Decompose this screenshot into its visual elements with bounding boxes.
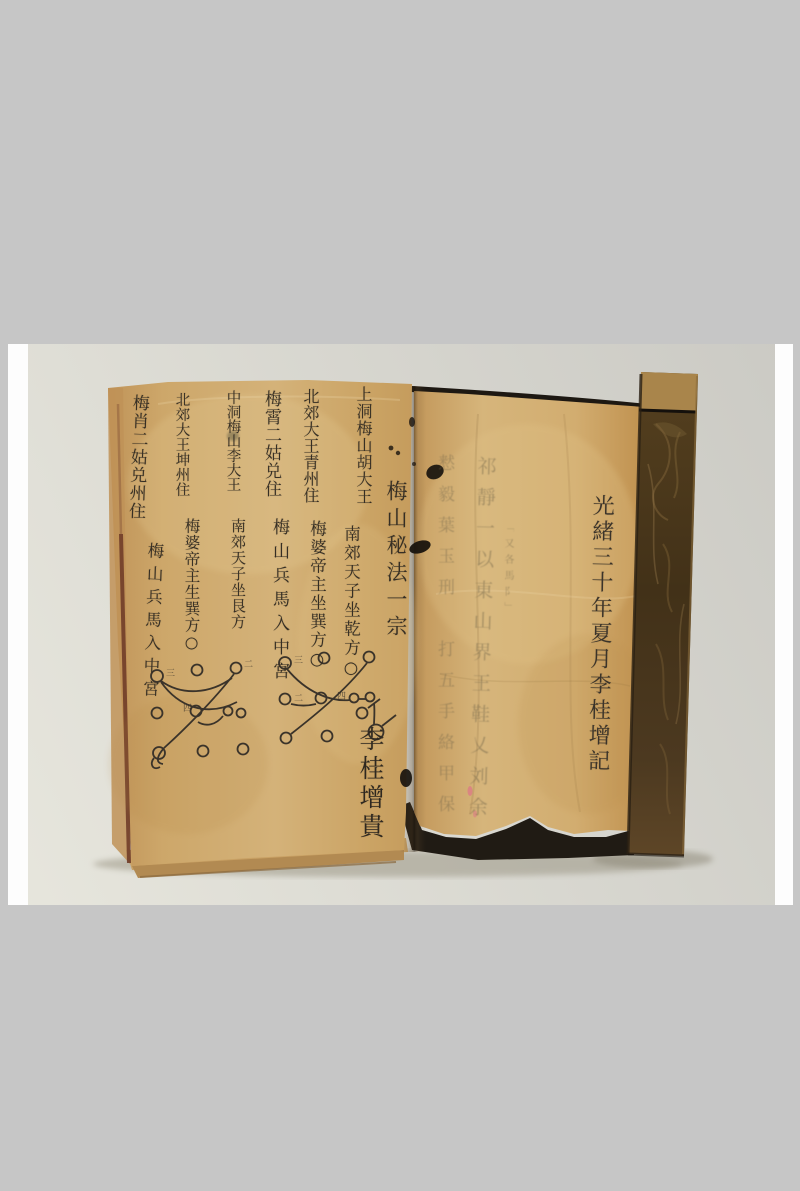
column-1-bottom: 南郊天子坐乾方○ (342, 525, 359, 680)
column-3-bottom: 梅山兵馬入中宮 (270, 518, 287, 686)
column-2-top: 北郊大王青州住 (302, 388, 318, 504)
column-4-top: 中洞梅山李大王 (225, 390, 240, 492)
column-5-top: 北郊大王坤州住 (174, 392, 189, 497)
photo-border-strip-left (8, 344, 28, 905)
date-inscription: 光緒三十年夏月李桂增記 (586, 494, 613, 775)
bleedthrough-column-c: 「又各馬阝」 (502, 522, 512, 618)
diagram-mark-three-left: 三 (166, 670, 175, 679)
clamp-top-block (640, 372, 698, 412)
column-4-bottom: 南郊天子坐艮方 (230, 518, 245, 630)
column-6-top: 梅肖二姑兑州住 (126, 394, 147, 521)
column-2-bottom: 梅婆帝主坐巽方○ (308, 520, 325, 671)
column-1-top: 上洞梅山胡大王 (355, 386, 371, 505)
column-5-bottom: 梅婆帝主生巽方○ (183, 518, 199, 653)
column-3-top: 梅霄二姑兑住 (262, 390, 279, 498)
owner-signature: 李桂增貴 (358, 726, 383, 842)
diagram-mark-four-left: 四 (183, 705, 192, 714)
diagram-mark-two-left: 二 (244, 661, 253, 670)
diagram-mark-three-right: 三 (294, 657, 303, 666)
diagram-mark-two-right: 二 (294, 695, 303, 704)
wooden-clamp (628, 372, 698, 856)
manuscript-photo: 梅山秘法一宗 上洞梅山胡大王 南郊天子坐乾方○ 北郊大王青州住 梅婆帝主坐巽方○… (8, 344, 793, 905)
photo-canvas: 梅山秘法一宗 上洞梅山胡大王 南郊天子坐乾方○ 北郊大王青州住 梅婆帝主坐巽方○… (0, 0, 800, 1191)
bleedthrough-column-b: 慭毅葉玉刑 打五手絡甲保 (435, 454, 452, 826)
left-page-title: 梅山秘法一宗 (385, 480, 406, 642)
diagram-mark-four-right: 四 (337, 693, 346, 702)
photo-border-strip-right (775, 344, 793, 905)
